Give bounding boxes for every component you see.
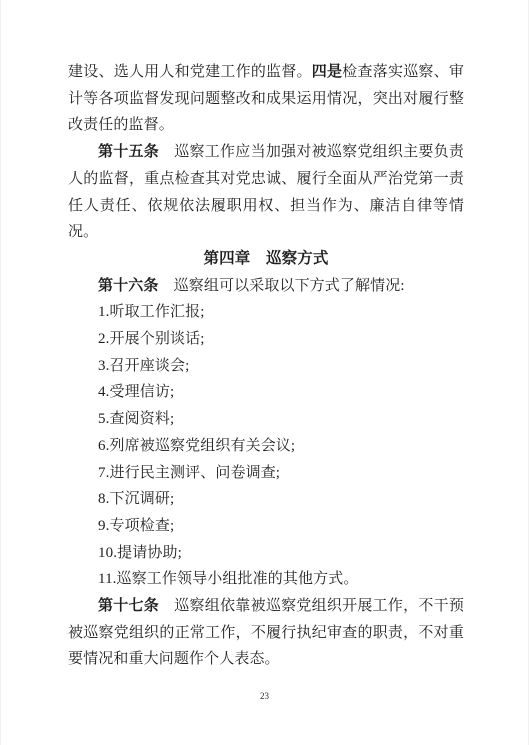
list-item: 7.进行民主测评、问卷调查; — [68, 460, 464, 487]
list-item: 5.查阅资料; — [68, 406, 464, 433]
list-item: 3.召开座谈会; — [68, 353, 464, 380]
list-item: 1.听取工作汇报; — [68, 299, 464, 326]
text-segment: 11.巡察工作领导小组批准的其他方式。 — [98, 571, 358, 587]
list-item: 2.开展个别谈话; — [68, 326, 464, 353]
text-segment: 建设、选人用人和党建工作的监督。 — [68, 64, 312, 80]
text-segment: 2.开展个别谈话; — [98, 331, 205, 347]
bold-text-segment: 第十七条 — [98, 598, 159, 614]
text-segment: 6.列席被巡察党组织有关会议; — [98, 438, 295, 454]
document-body: 建设、选人用人和党建工作的监督。四是检查落实巡察、审计等各项监督发现问题整改和成… — [68, 59, 464, 673]
chapter-heading: 第四章 巡察方式 — [68, 246, 464, 273]
list-item: 11.巡察工作领导小组批准的其他方式。 — [68, 566, 464, 593]
text-segment: 9.专项检查; — [98, 518, 174, 534]
paragraph: 第十七条 巡察组依靠被巡察党组织开展工作，不干预被巡察党组织的正常工作，不履行执… — [68, 593, 464, 673]
text-segment: 1.听取工作汇报; — [98, 304, 205, 320]
text-segment: 巡察组可以采取以下方式了解情况: — [158, 278, 404, 294]
list-item: 6.列席被巡察党组织有关会议; — [68, 433, 464, 460]
paragraph: 第十六条 巡察组可以采取以下方式了解情况: — [68, 273, 464, 300]
text-segment: 5.查阅资料; — [98, 411, 174, 427]
text-segment: 4.受理信访; — [98, 384, 174, 400]
text-segment: 3.召开座谈会; — [98, 358, 189, 374]
bold-text-segment: 第四章 巡察方式 — [204, 250, 329, 267]
bold-text-segment: 第十五条 — [98, 144, 159, 160]
text-segment: 8.下沉调研; — [98, 491, 174, 507]
text-segment: 10.提请协助; — [98, 545, 182, 561]
list-item: 9.专项检查; — [68, 513, 464, 540]
paragraph: 第十五条 巡察工作应当加强对被巡察党组织主要负责人的监督，重点检查其对党忠诚、履… — [68, 139, 464, 246]
text-segment: 7.进行民主测评、问卷调查; — [98, 465, 280, 481]
bold-text-segment: 第十六条 — [98, 278, 158, 294]
bold-text-segment: 四是 — [312, 64, 342, 80]
list-item: 10.提请协助; — [68, 540, 464, 567]
page-number: 23 — [1, 691, 528, 701]
document-page: 建设、选人用人和党建工作的监督。四是检查落实巡察、审计等各项监督发现问题整改和成… — [0, 0, 529, 745]
list-item: 4.受理信访; — [68, 379, 464, 406]
list-item: 8.下沉调研; — [68, 486, 464, 513]
paragraph-continuation: 建设、选人用人和党建工作的监督。四是检查落实巡察、审计等各项监督发现问题整改和成… — [68, 59, 464, 139]
